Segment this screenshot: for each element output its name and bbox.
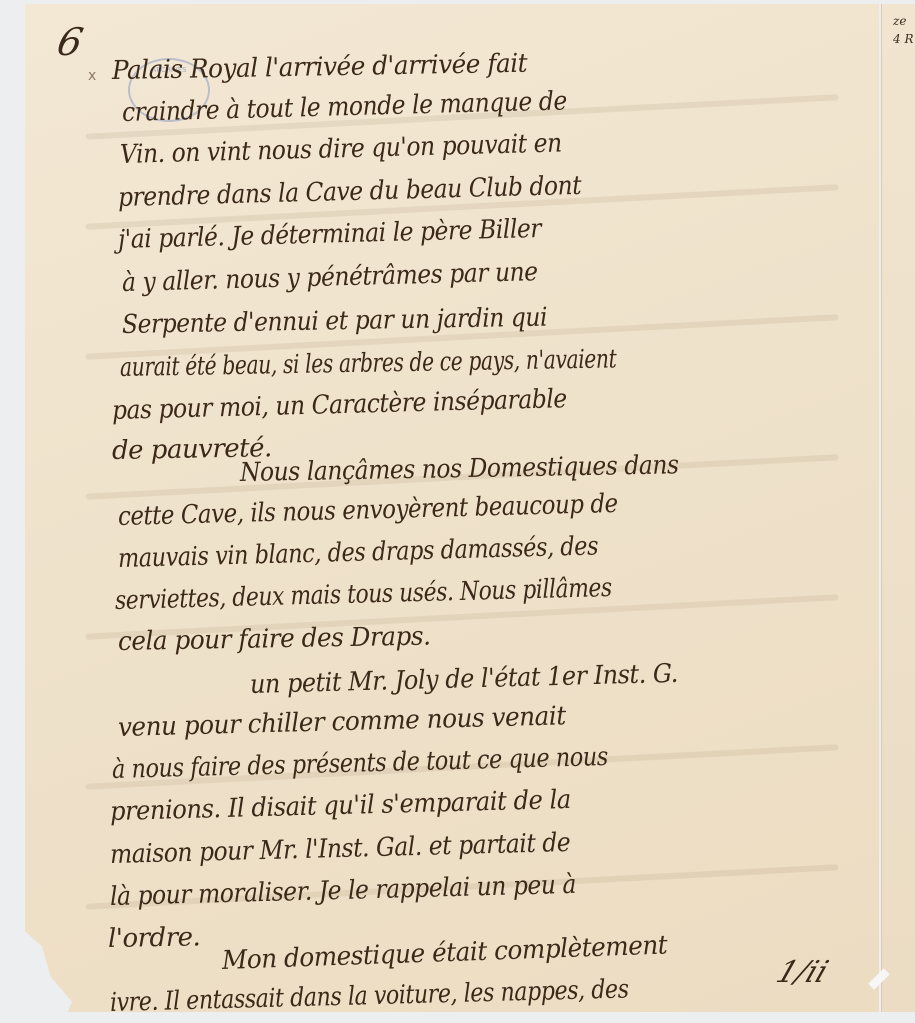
margin-note-right: ze 4 R	[893, 12, 915, 48]
text-line: l'ordre.	[108, 922, 201, 954]
facing-page-edge	[881, 4, 915, 1012]
margin-mark: x	[88, 68, 96, 84]
margin-note-line: ze	[893, 12, 915, 30]
margin-note-line: 4 R	[893, 30, 915, 48]
text-line: cela pour faire des Draps.	[118, 622, 431, 657]
